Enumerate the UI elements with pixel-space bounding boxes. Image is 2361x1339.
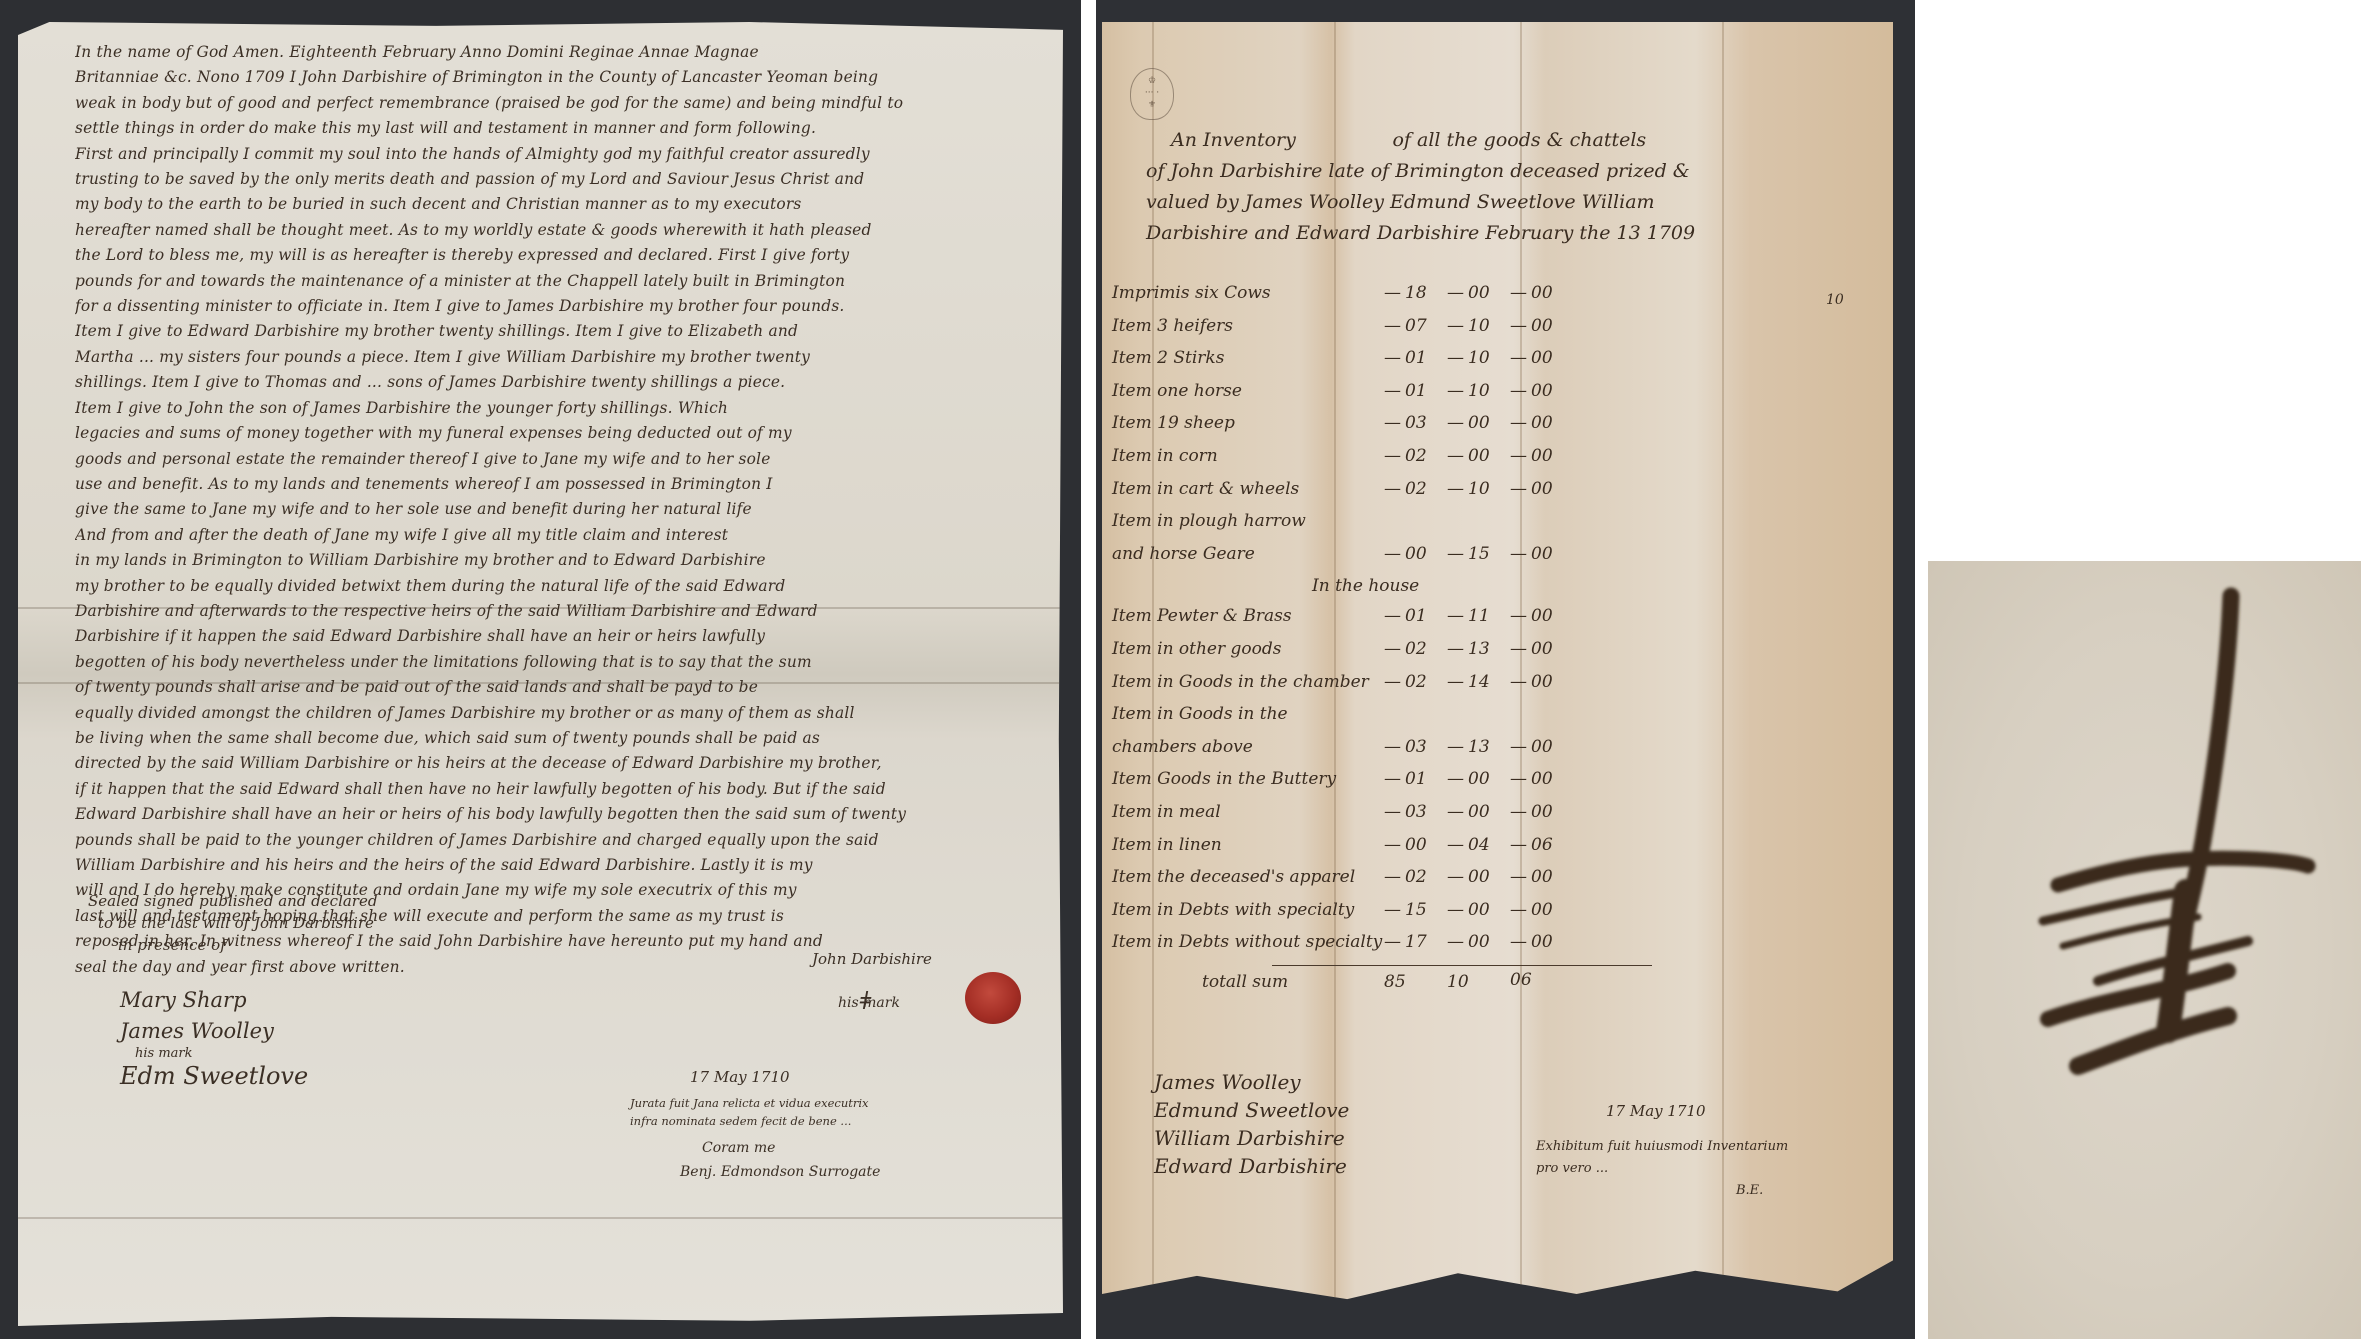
witness-signature: Mary Sharp (120, 985, 308, 1016)
item-value-d: 00 (1510, 348, 1553, 368)
attestation-line: Sealed signed published and declared (88, 890, 377, 912)
item-value-s: 00 (1447, 900, 1490, 920)
item-description: Item one horse (1112, 381, 1242, 401)
heading-line: Darbishire and Edward Darbishire Februar… (1146, 218, 1695, 249)
item-value-s: 00 (1447, 867, 1490, 887)
item-description: Item 19 sheep (1112, 413, 1235, 433)
will-text-line: Item I give to John the son of James Dar… (75, 396, 1035, 421)
probate-line: infra nominata sedem fecit de bene ... (630, 1112, 880, 1130)
item-description: Item in cart & wheels (1112, 479, 1299, 499)
inventory-row: Item in Debts without specialty170000 (1112, 932, 1872, 965)
witness-signature: James Woolley (120, 1016, 308, 1047)
probate-date: 17 May 1710 (1536, 1100, 1788, 1122)
will-text-line: Martha ... my sisters four pounds a piec… (75, 345, 1035, 370)
witness-mark-note: his mark (120, 1047, 308, 1061)
probate-line: Jurata fuit Jana relicta et vidua execut… (630, 1094, 880, 1112)
heading-line: of John Darbishire late of Brimington de… (1146, 156, 1695, 187)
item-value-d: 00 (1510, 606, 1553, 626)
item-value-l: 07 (1384, 316, 1427, 336)
item-value-d: 00 (1510, 544, 1553, 564)
appraiser-signatures: James Woolley Edmund Sweetlove William D… (1154, 1068, 1349, 1180)
will-text-line: pounds for and towards the maintenance o… (75, 269, 1035, 294)
will-text-line: trusting to be saved by the only merits … (75, 167, 1035, 192)
total-value-s: 10 (1447, 972, 1469, 992)
inventory-row: Item in corn020000 (1112, 446, 1872, 479)
item-value-d: 00 (1510, 672, 1553, 692)
item-value-d: 00 (1510, 932, 1553, 952)
item-value-d: 06 (1510, 835, 1553, 855)
item-value-s: 00 (1447, 802, 1490, 822)
appraiser-signature: William Darbishire (1154, 1124, 1349, 1152)
will-text-line: pounds shall be paid to the younger chil… (75, 828, 1035, 853)
testator-mark-closeup-icon (1928, 561, 2361, 1339)
will-text-line: Darbishire and afterwards to the respect… (75, 599, 1035, 624)
inventory-items-list: Imprimis six Cows180000Item 3 heifers071… (1112, 283, 1872, 1006)
heading-line: An Inventory of all the goods & chattels (1146, 125, 1695, 156)
item-description: Item Pewter & Brass (1112, 606, 1292, 626)
will-text-line: goods and personal estate the remainder … (75, 447, 1035, 472)
item-value-s: 13 (1447, 639, 1490, 659)
wax-seal-icon (965, 972, 1021, 1024)
item-value-l: 00 (1384, 835, 1427, 855)
mark-closeup-panel (1928, 561, 2361, 1339)
will-text-line: hereafter named shall be thought meet. A… (75, 218, 1035, 243)
will-text-line: of twenty pounds shall arise and be paid… (75, 675, 1035, 700)
item-description: Item in Goods in the chamber (1112, 672, 1369, 692)
item-value-d: 00 (1510, 900, 1553, 920)
item-description: Item in Goods in the (1112, 704, 1288, 724)
inventory-row: Item in plough harrow (1112, 511, 1872, 544)
inventory-row: Item 3 heifers071000 (1112, 316, 1872, 349)
item-value-d: 00 (1510, 316, 1553, 336)
item-description: Item in plough harrow (1112, 511, 1306, 531)
appraiser-signature: Edmund Sweetlove (1154, 1096, 1349, 1124)
inventory-total-row: totall sum851006 (1272, 965, 1652, 1006)
attestation-line: in presence of (88, 934, 377, 956)
will-text-line: my brother to be equally divided betwixt… (75, 574, 1035, 599)
inventory-row: Item in Goods in the (1112, 704, 1872, 737)
item-value-l: 03 (1384, 802, 1427, 822)
appraiser-signature: James Woolley (1154, 1068, 1349, 1096)
item-value-s: 00 (1447, 283, 1490, 303)
section-label: In the house (1112, 576, 1872, 606)
item-value-l: 03 (1384, 737, 1427, 757)
inventory-row: Item Pewter & Brass011100 (1112, 606, 1872, 639)
item-value-l: 02 (1384, 867, 1427, 887)
item-description: Item the deceased's apparel (1112, 867, 1355, 887)
inventory-row: Item one horse011000 (1112, 381, 1872, 414)
item-value-s: 10 (1447, 479, 1490, 499)
will-text-line: the Lord to bless me, my will is as here… (75, 243, 1035, 268)
item-value-s: 00 (1447, 446, 1490, 466)
attestation-line: to be the last will of John Darbishire (88, 912, 377, 934)
total-label: totall sum (1202, 972, 1288, 992)
probate-note: 17 May 1710 Jurata fuit Jana relicta et … (630, 1068, 880, 1184)
item-value-l: 03 (1384, 413, 1427, 433)
inventory-heading: An Inventory of all the goods & chattels… (1146, 125, 1695, 249)
will-text-line: begotten of his body nevertheless under … (75, 650, 1035, 675)
will-text-line: legacies and sums of money together with… (75, 421, 1035, 446)
item-description: Item 3 heifers (1112, 316, 1233, 336)
item-value-s: 00 (1447, 413, 1490, 433)
item-value-s: 10 (1447, 316, 1490, 336)
will-text-line: Darbishire if it happen the said Edward … (75, 624, 1035, 649)
will-text-line: be living when the same shall become due… (75, 726, 1035, 751)
testator-mark: his mark ǂ (838, 995, 900, 1011)
will-text-line: equally divided amongst the children of … (75, 701, 1035, 726)
total-value-l: 85 (1384, 972, 1406, 992)
will-text-line: Britanniae &c. Nono 1709 I John Darbishi… (75, 65, 1035, 90)
probate-line: pro vero ... (1536, 1158, 1788, 1180)
item-description: Item Goods in the Buttery (1112, 769, 1336, 789)
item-description: Item in meal (1112, 802, 1221, 822)
will-text-line: Edward Darbishire shall have an heir or … (75, 802, 1035, 827)
will-text-line: my body to the earth to be buried in suc… (75, 192, 1035, 217)
will-text-line: directed by the said William Darbishire … (75, 751, 1035, 776)
probate-initials: B.E. (1536, 1180, 1788, 1202)
item-value-l: 01 (1384, 769, 1427, 789)
witness-signature: Edm Sweetlove (120, 1061, 308, 1092)
item-description: Imprimis six Cows (1112, 283, 1271, 303)
item-value-l: 17 (1384, 932, 1427, 952)
will-text-line: settle things in order do make this my l… (75, 116, 1035, 141)
item-value-s: 10 (1447, 348, 1490, 368)
item-value-l: 02 (1384, 479, 1427, 499)
inventory-row: Item the deceased's apparel020000 (1112, 867, 1872, 900)
inventory-row: Item Goods in the Buttery010000 (1112, 769, 1872, 802)
item-value-s: 15 (1447, 544, 1490, 564)
item-description: chambers above (1112, 737, 1253, 757)
inventory-row: Item 19 sheep030000 (1112, 413, 1872, 446)
will-text-line: use and benefit. As to my lands and tene… (75, 472, 1035, 497)
inventory-probate-note: 17 May 1710 Exhibitum fuit huiusmodi Inv… (1536, 1100, 1788, 1202)
inventory-row: Item in meal030000 (1112, 802, 1872, 835)
inventory-row: chambers above031300 (1112, 737, 1872, 770)
item-value-l: 01 (1384, 381, 1427, 401)
item-description: Item in corn (1112, 446, 1218, 466)
item-value-d: 00 (1510, 479, 1553, 499)
item-description: Item in Debts without specialty (1112, 932, 1382, 952)
probate-line: Exhibitum fuit huiusmodi Inventarium (1536, 1136, 1788, 1158)
inventory-row: Item in Goods in the chamber021400 (1112, 672, 1872, 705)
duty-stamp-icon: ♔··· ·⚜ (1130, 68, 1174, 120)
item-description: Item in other goods (1112, 639, 1282, 659)
testator-signature: John Darbishire (812, 950, 932, 968)
inventory-document-panel: ♔··· ·⚜ An Inventory of all the goods & … (1096, 0, 1915, 1339)
item-value-s: 04 (1447, 835, 1490, 855)
will-text-line: in my lands in Brimington to William Dar… (75, 548, 1035, 573)
will-text-line: if it happen that the said Edward shall … (75, 777, 1035, 802)
will-text-line: Item I give to Edward Darbishire my brot… (75, 319, 1035, 344)
item-description: Item 2 Stirks (1112, 348, 1224, 368)
inventory-row: Item in cart & wheels021000 (1112, 479, 1872, 512)
inventory-row: Item 2 Stirks011000 (1112, 348, 1872, 381)
item-value-s: 10 (1447, 381, 1490, 401)
item-value-s: 00 (1447, 932, 1490, 952)
inventory-row: Item in other goods021300 (1112, 639, 1872, 672)
item-value-d: 00 (1510, 867, 1553, 887)
cross-mark-icon: ǂ (860, 987, 871, 1015)
inventory-row: Item in Debts with specialty150000 (1112, 900, 1872, 933)
heading-line: valued by James Woolley Edmund Sweetlove… (1146, 187, 1695, 218)
inventory-row: Item in linen000406 (1112, 835, 1872, 868)
item-value-l: 01 (1384, 348, 1427, 368)
will-text-line: weak in body but of good and perfect rem… (75, 91, 1035, 116)
will-text-line: In the name of God Amen. Eighteenth Febr… (75, 40, 1035, 65)
item-value-s: 11 (1447, 606, 1490, 626)
inventory-row: and horse Geare001500 (1112, 544, 1872, 577)
item-value-d: 00 (1510, 283, 1553, 303)
item-value-l: 02 (1384, 639, 1427, 659)
total-value-d: 06 (1510, 970, 1532, 990)
item-value-d: 00 (1510, 446, 1553, 466)
item-value-l: 18 (1384, 283, 1427, 303)
item-value-d: 00 (1510, 737, 1553, 757)
item-value-d: 00 (1510, 639, 1553, 659)
appraiser-signature: Edward Darbishire (1154, 1152, 1349, 1180)
probate-date: 17 May 1710 (690, 1068, 880, 1086)
item-value-d: 00 (1510, 769, 1553, 789)
item-value-s: 14 (1447, 672, 1490, 692)
item-value-s: 13 (1447, 737, 1490, 757)
will-body-text: In the name of God Amen. Eighteenth Febr… (75, 40, 1035, 980)
probate-coram: Coram me (702, 1136, 880, 1160)
item-description: Item in Debts with specialty (1112, 900, 1354, 920)
item-description: Item in linen (1112, 835, 1222, 855)
will-text-line: First and principally I commit my soul i… (75, 142, 1035, 167)
item-value-l: 02 (1384, 446, 1427, 466)
item-value-d: 00 (1510, 802, 1553, 822)
will-text-line: William Darbishire and his heirs and the… (75, 853, 1035, 878)
item-description: and horse Geare (1112, 544, 1255, 564)
surrogate-signature: Benj. Edmondson Surrogate (680, 1160, 880, 1184)
attestation-clause: Sealed signed published and declared to … (88, 890, 377, 956)
will-text-line: shillings. Item I give to Thomas and ...… (75, 370, 1035, 395)
will-text-line: give the same to Jane my wife and to her… (75, 497, 1035, 522)
fold-line (18, 1217, 1063, 1219)
item-value-l: 02 (1384, 672, 1427, 692)
item-value-l: 00 (1384, 544, 1427, 564)
will-text-line: for a dissenting minister to officiate i… (75, 294, 1035, 319)
inventory-row: Imprimis six Cows180000 (1112, 283, 1872, 316)
item-value-l: 15 (1384, 900, 1427, 920)
item-value-l: 01 (1384, 606, 1427, 626)
will-text-line: And from and after the death of Jane my … (75, 523, 1035, 548)
witness-signatures: Mary Sharp James Woolley his mark Edm Sw… (120, 985, 308, 1092)
will-document-panel: In the name of God Amen. Eighteenth Febr… (0, 0, 1081, 1339)
item-value-d: 00 (1510, 381, 1553, 401)
item-value-d: 00 (1510, 413, 1553, 433)
item-value-s: 00 (1447, 769, 1490, 789)
